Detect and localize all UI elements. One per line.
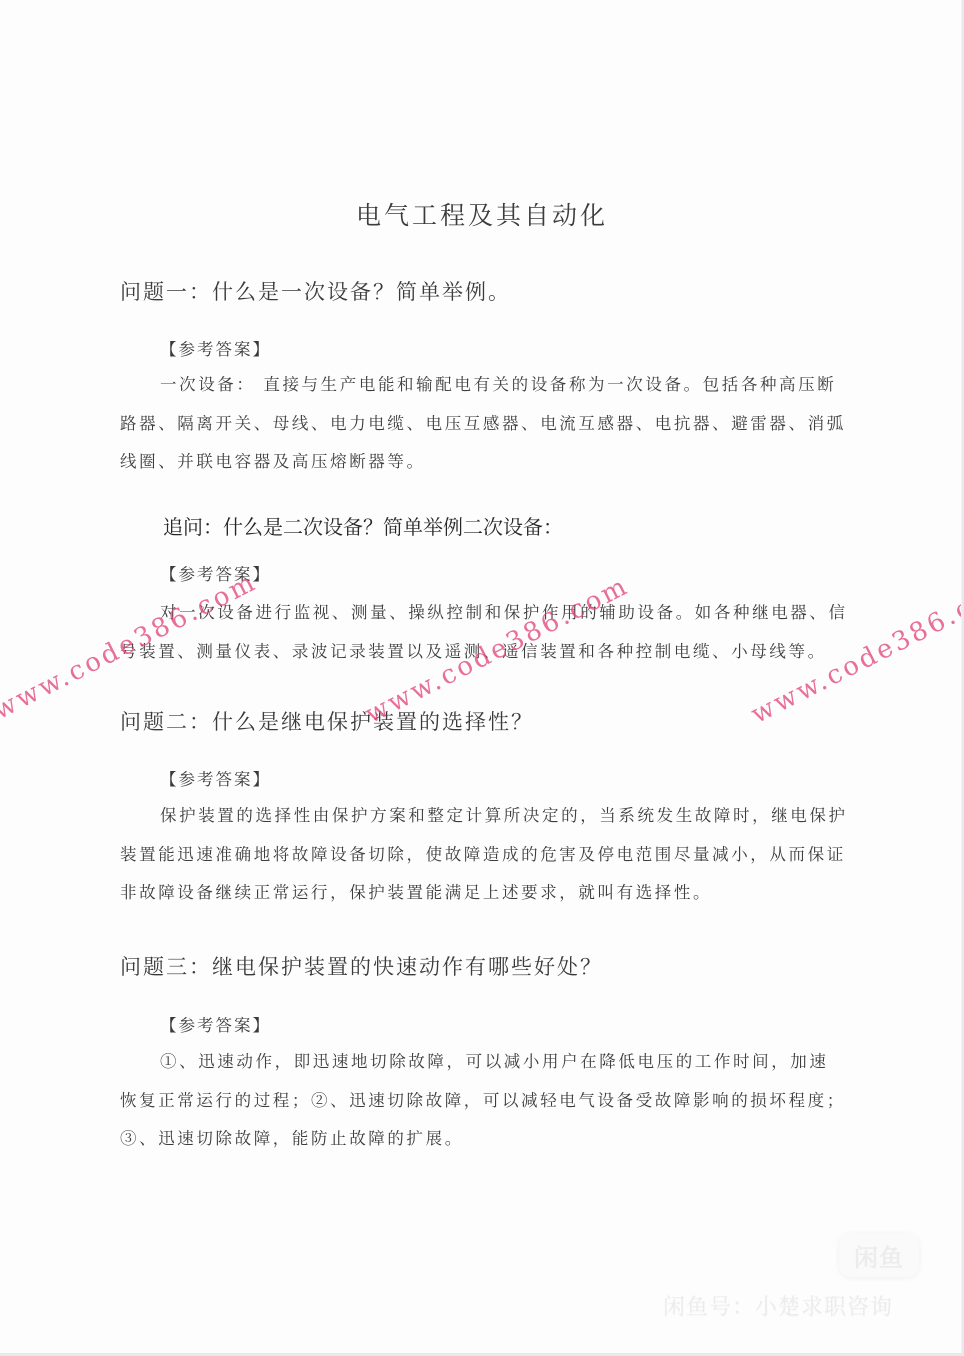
answer-line: 路器、隔离开关、母线、电力电缆、电压互感器、电流互感器、电抗器、避雷器、消弧 — [120, 405, 850, 444]
answer-line: ①、迅速动作，即迅速地切除故障，可以减小用户在降低电压的工作时间，加速 — [120, 1043, 850, 1082]
answer-line: 保护装置的选择性由保护方案和整定计算所决定的，当系统发生故障时，继电保护 — [120, 797, 850, 836]
seller-id-watermark: 闲鱼号：小楚求职咨询 — [663, 1290, 893, 1321]
question-1: 问题一：什么是一次设备？简单举例。 — [120, 276, 511, 306]
answer-line: 恢复正常运行的过程；②、迅速切除故障，可以减轻电气设备受故障影响的损坏程度； — [120, 1082, 850, 1121]
question-2: 问题二：什么是继电保护装置的选择性？ — [120, 706, 534, 736]
answer-line: 线圈、并联电容器及高压熔断器等。 — [120, 443, 850, 482]
answer-line: ③、迅速切除故障，能防止故障的扩展。 — [120, 1120, 850, 1159]
answer-label-3: 【参考答案】 — [160, 766, 271, 790]
document-title: 电气工程及其自动化 — [0, 196, 964, 232]
answer-paragraph-1: 一次设备： 直接与生产电能和输配电有关的设备称为一次设备。包括各种高压断 路器、… — [120, 366, 850, 482]
question-3: 问题三：继电保护装置的快速动作有哪些好处？ — [120, 951, 603, 981]
document-page: 电气工程及其自动化 问题一：什么是一次设备？简单举例。 【参考答案】 一次设备：… — [0, 0, 964, 1356]
xianyu-logo-icon: 闲鱼 — [839, 1233, 919, 1277]
followup-question: 追问：什么是二次设备？简单举例二次设备： — [163, 511, 563, 540]
answer-paragraph-4: ①、迅速动作，即迅速地切除故障，可以减小用户在降低电压的工作时间，加速 恢复正常… — [120, 1043, 850, 1159]
answer-label-1: 【参考答案】 — [160, 336, 271, 360]
answer-line: 非故障设备继续正常运行，保护装置能满足上述要求，就叫有选择性。 — [120, 874, 850, 913]
answer-line: 一次设备： 直接与生产电能和输配电有关的设备称为一次设备。包括各种高压断 — [120, 366, 850, 405]
answer-label-4: 【参考答案】 — [160, 1012, 271, 1036]
answer-line: 装置能迅速准确地将故障设备切除，使故障造成的危害及停电范围尽量减小，从而保证 — [120, 836, 850, 875]
answer-paragraph-3: 保护装置的选择性由保护方案和整定计算所决定的，当系统发生故障时，继电保护 装置能… — [120, 797, 850, 913]
